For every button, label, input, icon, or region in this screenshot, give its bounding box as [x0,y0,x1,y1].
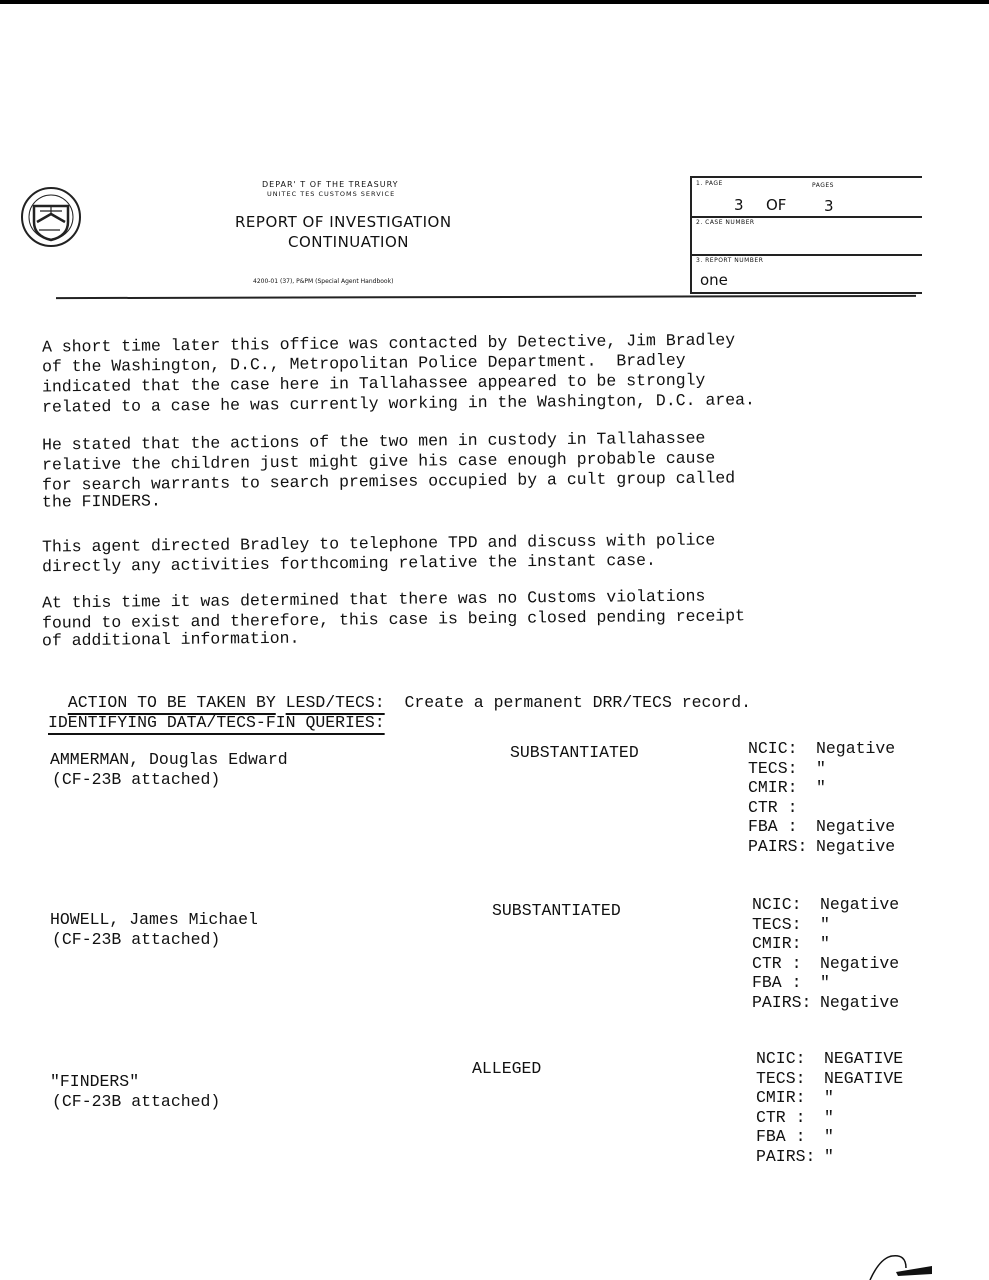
query-value: " [824,1147,834,1166]
signature-mark [862,1252,932,1280]
query-label: PAIRS: [748,837,807,856]
query-label: CMIR: [752,934,802,953]
query-value: " [816,759,826,778]
query-label: NCIC: [756,1049,806,1068]
page-label: 1. PAGE [696,180,723,187]
info-box: 1. PAGE PAGES 3 OF 3 2. CASE NUMBER 3. R… [690,176,922,294]
query-value: " [824,1108,834,1127]
query-value: NEGATIVE [824,1069,903,1088]
query-label: CTR : [748,798,798,817]
query-value: " [824,1088,834,1107]
query-label: FBA : [756,1127,806,1146]
of-label: OF [766,196,786,214]
action-heading: ACTION TO BE TAKEN BY LESD/TECS: Create … [48,674,751,712]
subject-status: ALLEGED [472,1059,541,1078]
subject-status: SUBSTANTIATED [510,743,639,762]
query-value: Negative [820,993,899,1012]
subject-name: AMMERMAN, Douglas Edward [50,750,288,769]
subject-attachment: (CF-23B attached) [52,770,220,789]
info-box-rule-1 [692,216,922,218]
department-line-1: DEPAR' T OF THE TREASURY [262,180,399,189]
pages-label: PAGES [812,182,834,189]
case-number-label: 2. CASE NUMBER [696,219,755,226]
report-subtitle: CONTINUATION [288,233,409,251]
query-label: CMIR: [756,1088,806,1107]
subject-attachment: (CF-23B attached) [52,930,220,949]
scan-top-border [0,0,989,4]
subject-attachment: (CF-23B attached) [52,1092,220,1111]
action-text: Create a permanent DRR/TECS record. [405,693,752,712]
report-number-value: one [700,271,728,289]
query-label: NCIC: [748,739,798,758]
query-value: " [820,934,830,953]
query-value: " [820,915,830,934]
page-number: 3 [734,196,744,214]
query-value: " [816,778,826,797]
paragraph-line: the FINDERS. [42,491,161,511]
info-box-rule-2 [692,254,922,256]
query-label: CTR : [756,1108,806,1127]
query-label: PAIRS: [752,993,811,1012]
query-label: CMIR: [748,778,798,797]
subject-name: "FINDERS" [50,1072,139,1091]
action-heading-part1: ACTION TO BE TAKEN BY [68,693,276,712]
query-value: Negative [816,837,895,856]
action-heading-part2: LESD/TECS: [286,693,385,712]
report-number-label: 3. REPORT NUMBER [696,257,763,264]
department-line-2: UNITEC TES CUSTOMS SERVICE [267,190,395,198]
query-value: Negative [820,895,899,914]
form-reference: 4200-01 (37), P&PM (Special Agent Handbo… [253,278,393,285]
treasury-seal-icon [20,186,82,248]
query-value: " [820,973,830,992]
query-value: Negative [816,817,895,836]
info-box-top-rule [692,176,922,178]
subject-name: HOWELL, James Michael [50,910,258,929]
identifying-heading: IDENTIFYING DATA/TECS-FIN QUERIES: [48,713,385,732]
query-value: " [824,1127,834,1146]
header-divider [56,295,916,299]
query-label: TECS: [748,759,798,778]
query-label: CTR : [752,954,802,973]
info-box-bottom-rule [692,292,922,294]
subject-status: SUBSTANTIATED [492,901,621,920]
query-value: Negative [816,739,895,758]
query-label: NCIC: [752,895,802,914]
query-label: FBA : [752,973,802,992]
query-label: TECS: [756,1069,806,1088]
report-title: REPORT OF INVESTIGATION [235,213,452,231]
query-label: PAIRS: [756,1147,815,1166]
query-value: Negative [820,954,899,973]
query-value: NEGATIVE [824,1049,903,1068]
query-label: FBA : [748,817,798,836]
paragraph-line: of additional information. [42,629,300,651]
query-label: TECS: [752,915,802,934]
total-pages: 3 [824,197,834,215]
